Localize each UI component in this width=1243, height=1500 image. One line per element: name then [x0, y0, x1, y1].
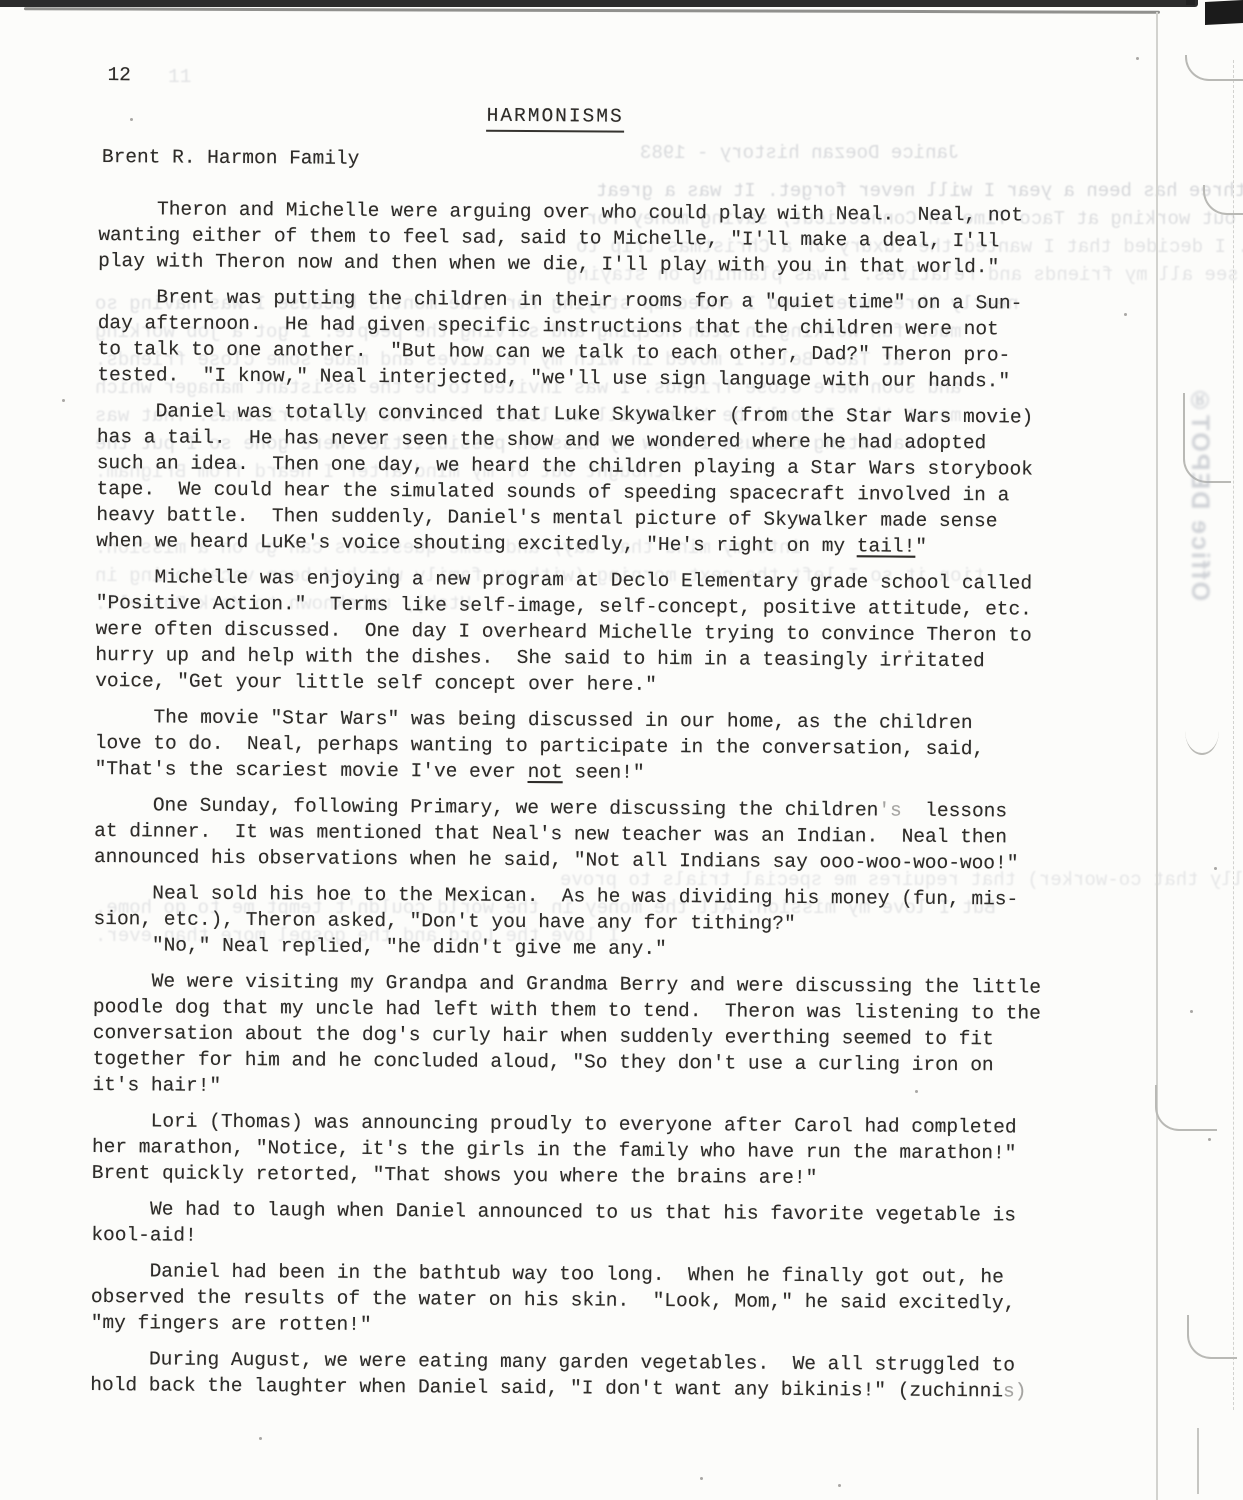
scan-speck — [915, 1090, 918, 1093]
typed-line: tested. "I know," Neal interjected, "we'… — [97, 362, 1045, 395]
scan-speck — [1124, 313, 1127, 316]
binder-curve — [1185, 731, 1219, 755]
body-text: Theron and Michelle were arguing over wh… — [90, 196, 1046, 1415]
ghost-page-number: 11 — [168, 66, 191, 88]
sheet-protector-seam — [1233, 60, 1234, 1410]
scanned-page: 12 HARMONISMS Brent R. Harmon Family The… — [0, 0, 1243, 1500]
scan-speck — [700, 1477, 703, 1480]
scan-speck — [838, 1484, 841, 1487]
page-title: HARMONISMS — [487, 103, 624, 133]
scan-speck — [908, 650, 911, 653]
paragraph: One Sunday, following Primary, we were d… — [94, 792, 1042, 877]
paragraph: Neal sold his hoe to the Mexican. As he … — [93, 880, 1041, 965]
sheet-protector-edge — [1156, 12, 1158, 1500]
paragraph: Daniel was totally convinced that Luke S… — [96, 398, 1045, 561]
scan-corner-block — [1205, 0, 1243, 25]
bleedthrough-line: Janice Doezan history - 1983 — [640, 140, 959, 166]
paragraph: Daniel had been in the bathtub way too l… — [91, 1258, 1039, 1343]
binder-curve — [1187, 1315, 1237, 1359]
typed-line: "No," Neal replied, "he didn't give me a… — [93, 932, 1041, 965]
typed-line: announced his observations when he said,… — [94, 844, 1042, 877]
scan-speck — [62, 399, 65, 402]
paragraph: We had to laugh when Daniel announced to… — [91, 1196, 1039, 1255]
binder-curve — [1203, 185, 1243, 215]
typed-line: hold back the laughter when Daniel said,… — [90, 1372, 1038, 1405]
scan-speck — [1190, 1010, 1193, 1013]
paragraph: Michelle was enjoying a new program at D… — [95, 564, 1044, 701]
paragraph: During August, we were eating many garde… — [90, 1346, 1038, 1405]
paragraph: Lori (Thomas) was announcing proudly to … — [92, 1108, 1040, 1193]
scan-corner-mark — [1186, 0, 1195, 5]
scan-speck — [130, 118, 133, 121]
scan-edge-line — [24, 7, 1160, 14]
binder-curve — [1185, 55, 1243, 81]
byline: Brent R. Harmon Family — [102, 144, 360, 172]
scan-speck — [1214, 867, 1217, 870]
paragraph: The movie "Star Wars" was being discusse… — [95, 704, 1043, 789]
paragraph: Theron and Michelle were arguing over wh… — [98, 196, 1046, 281]
typed-line: when we heard LuKe's voice shouting exci… — [96, 528, 1044, 561]
page-number: 12 — [107, 62, 131, 88]
paragraph: Brent was putting the children in their … — [97, 284, 1046, 395]
office-depot-watermark: Office DEPOT® — [1172, 382, 1214, 602]
sheet-protector-mark — [1197, 1428, 1199, 1494]
scan-speck — [1208, 1138, 1211, 1141]
paragraph: We were visiting my Grandpa and Grandma … — [92, 968, 1041, 1105]
scan-edge-strip — [0, 0, 1198, 7]
typed-line: play with Theron now and then when we di… — [98, 248, 1046, 281]
scan-speck — [1136, 57, 1139, 60]
binder-curve — [1155, 1085, 1217, 1131]
title-row: HARMONISMS — [99, 100, 1011, 135]
scan-speck — [259, 1437, 262, 1440]
